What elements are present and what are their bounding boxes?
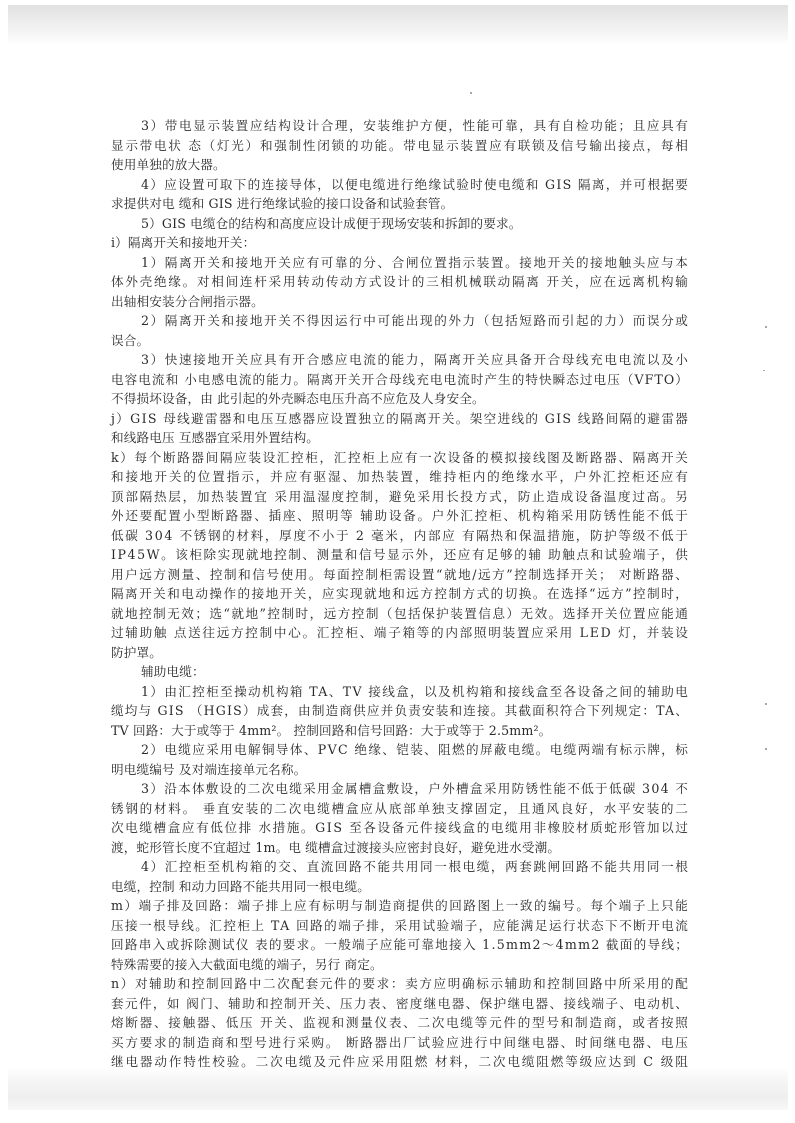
text-line: 辅助电缆： (111, 662, 688, 682)
text-line: 1）由汇控柜至操动机构箱 TA、TV 接线盒，以及机构箱和接线盒至各设备之间的辅… (111, 682, 688, 702)
text-line: TV 回路：大于或等于 4mm²。 控制回路和信号回路：大于或等于 2.5mm²… (111, 721, 688, 741)
text-line: 买方要求的制造商和型号进行采购。 断路器出厂试验应进行中间继电器、时间继电器、电… (111, 1033, 688, 1053)
text-line: 电容电流和 小电感电流的能力。隔离开关开合母线充电电流时产生的特快瞬态过电压（V… (111, 370, 688, 390)
text-line: 2）隔离开关和接地开关不得因运行中可能出现的外力（包括短路而引起的力）而误分或 (111, 311, 688, 331)
text-line: 压接一根导线。汇控柜上 TA 回路的端子排，采用试验端子，应能满足运行状态下不断… (111, 916, 688, 936)
text-line: 低碳 304 不锈钢的材料，厚度不小于 2 毫米，内部应 有隔热和保温措施，防护… (111, 526, 688, 546)
text-line: 误合。 (111, 331, 688, 351)
scan-shadow-top (8, 5, 788, 45)
scan-speck (765, 748, 767, 750)
text-line: 求提供对电 缆和 GIS 进行绝缘试验的接口设备和试验套管。 (111, 194, 688, 214)
text-line: 5）GIS 电缆仓的结构和高度应设计成便于现场安装和拆卸的要求。 (111, 214, 688, 234)
text-line: 锈钢的材料。 垂直安装的二次电缆槽盒应从底部单独支撑固定，且通风良好，水平安装的… (111, 799, 688, 819)
text-line: 外还要配置小型断路器、插座、照明等 辅助设备。户外汇控柜、机构箱采用防锈性能不低… (111, 506, 688, 526)
text-line: 显示带电状 态（灯光）和强制性闭锁的功能。带电显示装置应有联锁及信号输出接点，每… (111, 136, 688, 156)
text-line: 使用单独的放大器。 (111, 155, 688, 175)
text-line: 4）应设置可取下的连接导体，以便电缆进行绝缘试验时使电缆和 GIS 隔离，并可根… (111, 175, 688, 195)
text-line: 防护罩。 (111, 643, 688, 663)
text-line: 继电器动作特性校验。二次电缆及元件应采用阻燃 材料，二次电缆阻燃等级应达到 C … (111, 1052, 688, 1072)
document-body: 3）带电显示装置应结构设计合理，安装维护方便，性能可靠，具有自检功能；且应具有显… (111, 116, 688, 1072)
scan-speck (765, 326, 767, 328)
scan-speck (765, 703, 767, 705)
text-line: 回路串入或拆除测试仪 表的要求。一般端子应能可靠地接入 1.5mm2～4mm2 … (111, 935, 688, 955)
text-line: 明电缆编号 及对端连接单元名称。 (111, 760, 688, 780)
text-line: 和接地开关的位置指示，并应有驱湿、加热装置，维持柜内的绝缘水平，户外汇控柜还应有 (111, 467, 688, 487)
text-line: 次电缆槽盒应有低位排 水措施。GIS 至各设备元件接线盒的电缆用非橡胶材质蛇形管… (111, 818, 688, 838)
scan-speck (470, 92, 472, 94)
text-line: IP45W。该柜除实现就地控制、测量和信号显示外，还应有足够的辅 助触点和试验端… (111, 545, 688, 565)
text-line: 4）汇控柜至机构箱的交、直流回路不能共用同一根电缆，两套跳闸回路不能共用同一根 (111, 857, 688, 877)
text-line: 和线路电压 互感器宜采用外置结构。 (111, 428, 688, 448)
text-line: 顶部隔热层，加热装置宜 采用温湿度控制，避免采用长投方式，防止造成设备温度过高。… (111, 487, 688, 507)
text-line: j）GIS 母线避雷器和电压互感器应设置独立的隔离开关。架空进线的 GIS 线路… (111, 409, 688, 429)
text-line: 3）带电显示装置应结构设计合理，安装维护方便，性能可靠，具有自检功能；且应具有 (111, 116, 688, 136)
text-line: 出轴相安装分合闸指示器。 (111, 292, 688, 312)
text-line: n）对辅助和控制回路中二次配套元件的要求：卖方应明确标示辅助和控制回路中所采用的… (111, 974, 688, 994)
text-line: 用户远方测量、控制和信号使用。每面控制柜需设置“就地/远方”控制选择开关； 对断… (111, 565, 688, 585)
text-line: 体外壳绝缘。对相间连杆采用转动传动方式设计的三相机械联动隔离 开关，应在远离机构… (111, 272, 688, 292)
text-line: k）每个断路器间隔应装设汇控柜，汇控柜上应有一次设备的模拟接线图及断路器、隔离开… (111, 448, 688, 468)
text-line: 不得损坏设备，由 此引起的外壳瞬态电压升高不应危及人身安全。 (111, 389, 688, 409)
text-line: i）隔离开关和接地开关： (111, 233, 688, 253)
text-line: 3）沿本体敷设的二次电缆采用金属槽盒敷设，户外槽盒采用防锈性能不低于低碳 304… (111, 779, 688, 799)
text-line: 电缆，控制 和动力回路不能共用同一根电缆。 (111, 877, 688, 897)
text-line: m）端子排及回路：端子排上应有标明与制造商提供的回路图上一致的编号。每个端子上只… (111, 896, 688, 916)
text-line: 2）电缆应采用电解铜导体、PVC 绝缘、铠装、阻燃的屏蔽电缆。电缆两端有标示牌，… (111, 740, 688, 760)
text-line: 3）快速接地开关应具有开合感应电流的能力，隔离开关应具备开合母线充电电流以及小 (111, 350, 688, 370)
text-line: 过辅助触 点送往远方控制中心。汇控柜、端子箱等的内部照明装置应采用 LED 灯，… (111, 623, 688, 643)
scan-shadow-bottom (8, 1068, 788, 1110)
text-line: 熔断器、接触器、低压 开关、监视和测量仪表、二次电缆等元件的型号和制造商，或者按… (111, 1013, 688, 1033)
scan-speck (763, 370, 765, 371)
text-line: 就地控制无效；选“就地”控制时，远方控制（包括保护装置信息）无效。选择开关位置应… (111, 604, 688, 624)
text-line: 渡，蛇形管长度不宜超过 1m。电 缆槽盒过渡接头应密封良好，避免进水受潮。 (111, 838, 688, 858)
text-line: 特殊需要的接入大截面电缆的端子，另行 商定。 (111, 955, 688, 975)
text-line: 缆均与 GIS （HGIS）成套，由制造商供应并负责安装和连接。其截面积符合下列… (111, 701, 688, 721)
text-line: 套元件，如 阀门、辅助和控制开关、压力表、密度继电器、保护继电器、接线端子、电动… (111, 994, 688, 1014)
text-line: 隔离开关和电动操作的接地开关，应实现就地和远方控制方式的切换。在选择“远方”控制… (111, 584, 688, 604)
text-line: 1）隔离开关和接地开关应有可靠的分、合闸位置指示装置。接地开关的接地触头应与本 (111, 253, 688, 273)
